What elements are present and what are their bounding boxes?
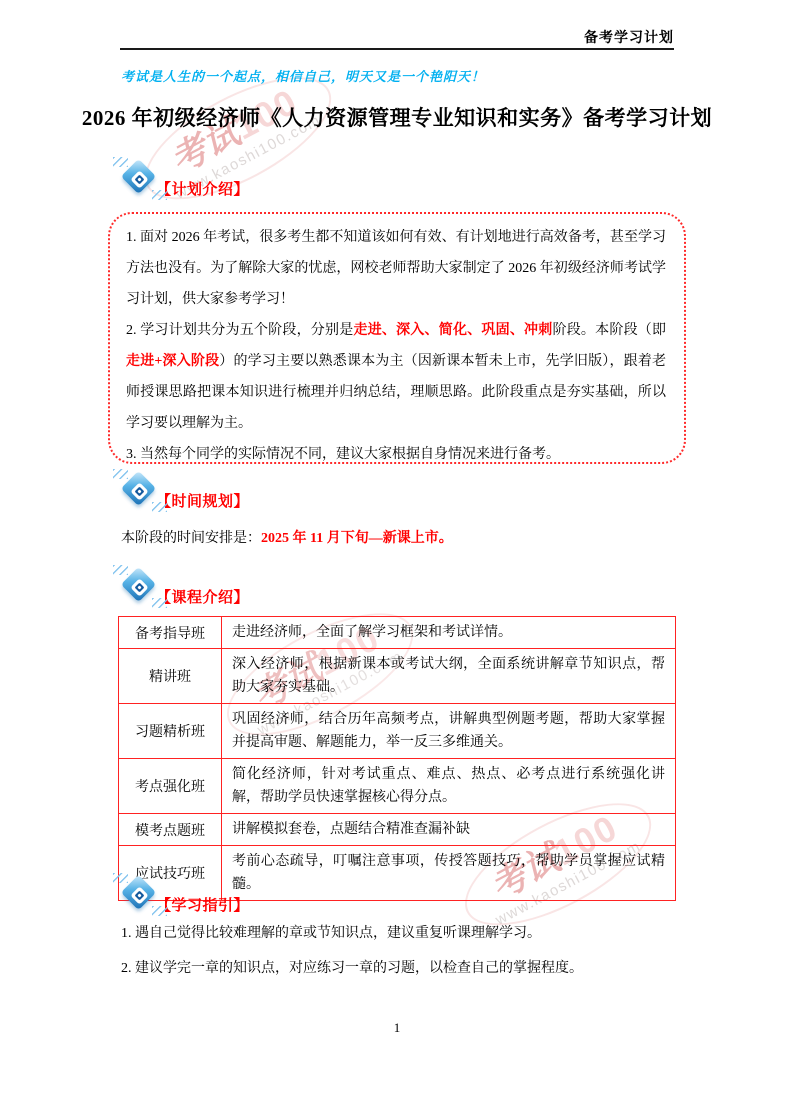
page-title: 2026 年初级经济师《人力资源管理专业知识和实务》备考学习计划 bbox=[0, 102, 794, 132]
course-desc-cell: 简化经济师，针对考试重点、难点、热点、必考点进行系统强化讲解，帮助学员快速掌握核… bbox=[222, 759, 676, 814]
diamond-cube-icon bbox=[116, 468, 162, 514]
course-name-cell: 考点强化班 bbox=[119, 759, 222, 814]
time-plan-line: 本阶段的时间安排是：2025 年 11 月下旬—新课上市。 bbox=[121, 527, 453, 547]
plan-intro-dotted-box: 1. 面对 2026 年考试，很多考生都不知道该如何有效、有计划地进行高效备考，… bbox=[108, 212, 686, 464]
hatch-lines-icon bbox=[152, 502, 167, 512]
hatch-lines-icon bbox=[152, 906, 167, 916]
document-page: 考试100 www.kaoshi100.com 考试100 www.kaoshi… bbox=[0, 0, 794, 1098]
section-label-time-plan: 【时间规划】 bbox=[156, 490, 249, 511]
course-name-cell: 习题精析班 bbox=[119, 704, 222, 759]
hatch-lines-icon bbox=[152, 190, 167, 200]
paragraph-1: 1. 面对 2026 年考试，很多考生都不知道该如何有效、有计划地进行高效备考，… bbox=[126, 222, 666, 315]
table-row: 模考点题班 讲解模拟套卷，点题结合精准查漏补缺 bbox=[119, 814, 676, 846]
course-desc-cell: 巩固经济师，结合历年高频考点，讲解典型例题考题，帮助大家掌握并提高审题、解题能力… bbox=[222, 704, 676, 759]
course-name-cell: 精讲班 bbox=[119, 649, 222, 704]
section-header-study-guide: 【学习指引】 bbox=[116, 872, 249, 918]
table-row: 考点强化班 简化经济师，针对考试重点、难点、热点、必考点进行系统强化讲解，帮助学… bbox=[119, 759, 676, 814]
paragraph-2: 2. 学习计划共分为五个阶段，分别是走进、深入、简化、巩固、冲刺阶段。本阶段（即… bbox=[126, 315, 666, 439]
course-desc-cell: 讲解模拟套卷，点题结合精准查漏补缺 bbox=[222, 814, 676, 846]
hatch-lines-icon bbox=[113, 565, 128, 575]
course-name-cell: 备考指导班 bbox=[119, 617, 222, 649]
diamond-cube-icon bbox=[116, 564, 162, 610]
section-header-time-plan: 【时间规划】 bbox=[116, 468, 249, 514]
section-header-plan-intro: 【计划介绍】 bbox=[116, 156, 249, 202]
course-desc-cell: 深入经济师，根据新课本或考试大纲，全面系统讲解章节知识点，帮助大家夯实基础。 bbox=[222, 649, 676, 704]
section-header-course-intro: 【课程介绍】 bbox=[116, 564, 249, 610]
section-label-course-intro: 【课程介绍】 bbox=[156, 586, 249, 607]
table-row: 习题精析班 巩固经济师，结合历年高频考点，讲解典型例题考题，帮助大家掌握并提高审… bbox=[119, 704, 676, 759]
guide-item-1: 1. 遇自己觉得比较难理解的章或节知识点，建议重复听课理解学习。 bbox=[121, 922, 541, 942]
course-table: 备考指导班 走进经济师，全面了解学习框架和考试详情。 精讲班 深入经济师，根据新… bbox=[118, 616, 676, 901]
motto-text: 考试是人生的一个起点，相信自己，明天又是一个艳阳天！ bbox=[121, 66, 485, 85]
highlight-phases: 走进、深入、简化、巩固、冲刺 bbox=[353, 323, 552, 338]
time-plan-highlight: 2025 年 11 月下旬—新课上市。 bbox=[261, 531, 453, 546]
paragraph-3: 3. 当然每个同学的实际情况不同，建议大家根据自身情况来进行备考。 bbox=[126, 439, 666, 464]
hatch-lines-icon bbox=[113, 157, 128, 167]
hatch-lines-icon bbox=[113, 873, 128, 883]
section-label-study-guide: 【学习指引】 bbox=[156, 894, 249, 915]
page-number: 1 bbox=[0, 1020, 794, 1036]
section-label-plan-intro: 【计划介绍】 bbox=[156, 178, 249, 199]
header-rule-divider bbox=[120, 48, 674, 50]
course-name-cell: 模考点题班 bbox=[119, 814, 222, 846]
guide-item-2: 2. 建议学完一章的知识点，对应练习一章的习题，以检查自己的掌握程度。 bbox=[121, 957, 583, 977]
hatch-lines-icon bbox=[152, 598, 167, 608]
table-row: 精讲班 深入经济师，根据新课本或考试大纲，全面系统讲解章节知识点，帮助大家夯实基… bbox=[119, 649, 676, 704]
course-desc-cell: 走进经济师，全面了解学习框架和考试详情。 bbox=[222, 617, 676, 649]
highlight-current-phase: 走进+深入阶段 bbox=[126, 354, 219, 369]
course-desc-cell: 考前心态疏导，叮嘱注意事项，传授答题技巧，帮助学员掌握应试精髓。 bbox=[222, 846, 676, 901]
diamond-cube-icon bbox=[116, 872, 162, 918]
diamond-cube-icon bbox=[116, 156, 162, 202]
table-row: 备考指导班 走进经济师，全面了解学习框架和考试详情。 bbox=[119, 617, 676, 649]
time-plan-prefix: 本阶段的时间安排是： bbox=[121, 531, 261, 546]
header-title: 备考学习计划 bbox=[584, 27, 674, 47]
hatch-lines-icon bbox=[113, 469, 128, 479]
